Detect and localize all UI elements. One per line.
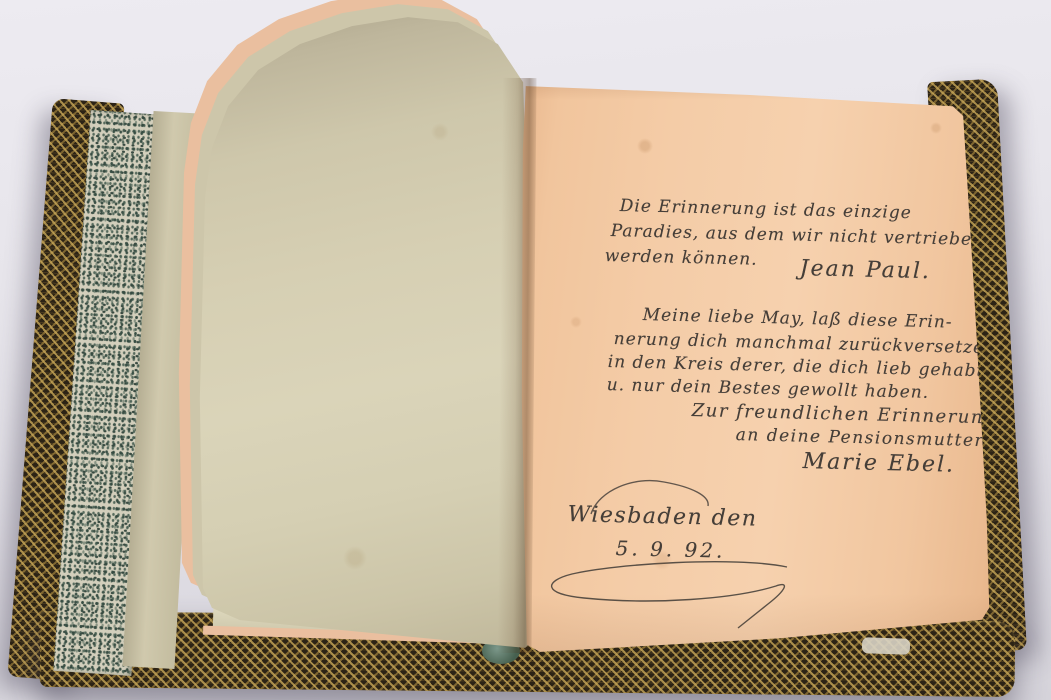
dedication-line-4: u. nur dein Bestes gewollt haben. (607, 375, 930, 403)
dedication-line-1: Meine liebe May, laß diese Erin- (643, 305, 953, 333)
closing-line-2: an deine Pensionsmutter (736, 425, 985, 451)
quote-line-3: werden können. (605, 246, 758, 270)
signature-marie-ebel: Marie Ebel. (802, 449, 955, 478)
right-inscription-page: Die Erinnerung ist das einzige Paradies,… (512, 70, 1004, 665)
worn-gilt-patch (862, 637, 911, 655)
pen-flourish (524, 468, 824, 648)
quote-line-1: Die Erinnerung ist das einzige (620, 196, 913, 223)
quote-line-2: Paradies, aus dem wir nicht vertrieben (611, 221, 985, 250)
left-blank-page (195, 10, 540, 655)
photo-of-open-antique-album: Die Erinnerung ist das einzige Paradies,… (0, 0, 1051, 700)
gutter-shadow (497, 78, 536, 653)
quote-attribution: Jean Paul. (799, 256, 931, 284)
